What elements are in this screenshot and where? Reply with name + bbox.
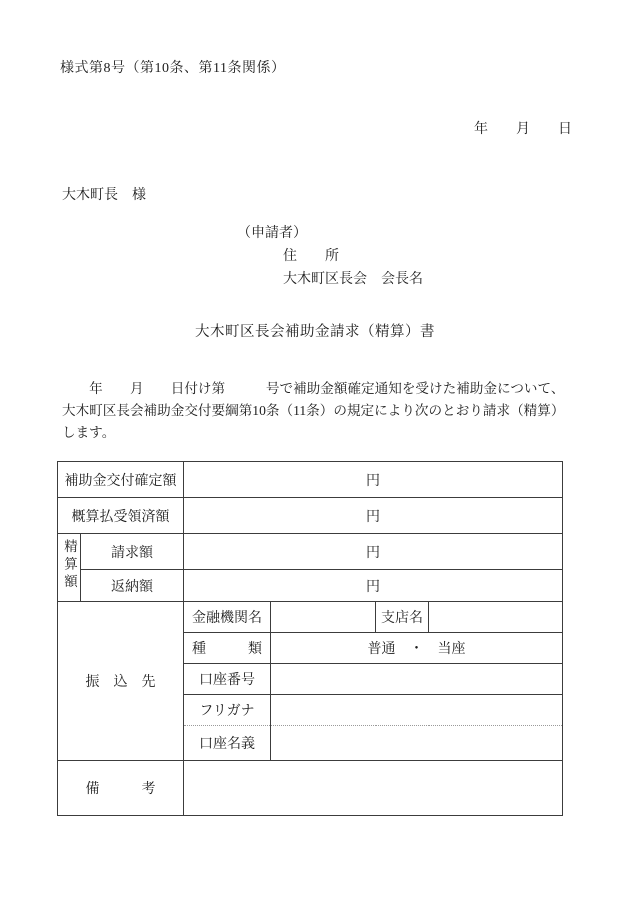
remarks-blank-cell bbox=[184, 761, 563, 816]
settlement-group-label-text: 精算額 bbox=[59, 539, 79, 592]
document-page: 様式第8号（第10条、第11条関係） 年 月 日 大木町長 様 （申請者） 住 … bbox=[0, 0, 630, 903]
confirmed-amount-unit-cell: 円 bbox=[184, 462, 563, 498]
refund-amount-unit-cell: 円 bbox=[184, 570, 563, 602]
branch-blank-cell bbox=[429, 602, 563, 633]
applicant-heading: （申請者） bbox=[237, 222, 423, 245]
account-type-value-cell: 普通 ・ 当座 bbox=[271, 633, 563, 664]
branch-label: 支店名 bbox=[376, 602, 429, 633]
form-number: 様式第8号（第10条、第11条関係） bbox=[60, 57, 285, 77]
account-type-label: 種 類 bbox=[184, 633, 271, 664]
applicant-block: （申請者） 住 所 大木町区長会 会長名 bbox=[237, 222, 423, 291]
bank-name-label: 金融機関名 bbox=[184, 602, 271, 633]
table-row: 概算払受領済額 円 bbox=[58, 498, 563, 534]
bank-name-blank-cell bbox=[271, 602, 376, 633]
settlement-group-label: 精算額 bbox=[58, 534, 81, 602]
furigana-label: フリガナ bbox=[184, 695, 271, 726]
table-row: 備 考 bbox=[58, 761, 563, 816]
claim-amount-unit-cell: 円 bbox=[184, 534, 563, 570]
claim-amount-label: 請求額 bbox=[81, 534, 184, 570]
account-holder-label: 口座名義 bbox=[184, 726, 271, 761]
claim-form-table: 補助金交付確定額 円 概算払受領済額 円 精算額 請求額 円 返納額 円 振 込… bbox=[57, 461, 563, 816]
table-row: 振 込 先 金融機関名 支店名 bbox=[58, 602, 563, 633]
applicant-signature-line: 大木町区長会 会長名 bbox=[237, 268, 423, 291]
remarks-label: 備 考 bbox=[58, 761, 184, 816]
advance-received-unit-cell: 円 bbox=[184, 498, 563, 534]
furigana-blank-cell bbox=[271, 695, 563, 726]
account-number-blank-cell bbox=[271, 664, 563, 695]
confirmed-amount-label: 補助金交付確定額 bbox=[58, 462, 184, 498]
document-title: 大木町区長会補助金請求（精算）書 bbox=[0, 320, 630, 341]
transfer-group-label: 振 込 先 bbox=[58, 602, 184, 761]
table-row: 補助金交付確定額 円 bbox=[58, 462, 563, 498]
date-line: 年 月 日 bbox=[474, 118, 572, 138]
body-paragraph: 年 月 日付け第 号で補助金額確定通知を受けた補助金について、 大木町区長会補助… bbox=[62, 378, 564, 444]
applicant-address-label: 住 所 bbox=[237, 245, 423, 268]
addressee-line: 大木町長 様 bbox=[62, 184, 146, 204]
account-holder-blank-cell bbox=[271, 726, 563, 761]
account-number-label: 口座番号 bbox=[184, 664, 271, 695]
body-line-3: します。 bbox=[62, 422, 564, 444]
refund-amount-label: 返納額 bbox=[81, 570, 184, 602]
body-line-2: 大木町区長会補助金交付要綱第10条（11条）の規定により次のとおり請求（精算） bbox=[62, 400, 564, 422]
body-line-1: 年 月 日付け第 号で補助金額確定通知を受けた補助金について、 bbox=[62, 378, 564, 400]
table-row: 返納額 円 bbox=[58, 570, 563, 602]
table-row: 精算額 請求額 円 bbox=[58, 534, 563, 570]
advance-received-label: 概算払受領済額 bbox=[58, 498, 184, 534]
